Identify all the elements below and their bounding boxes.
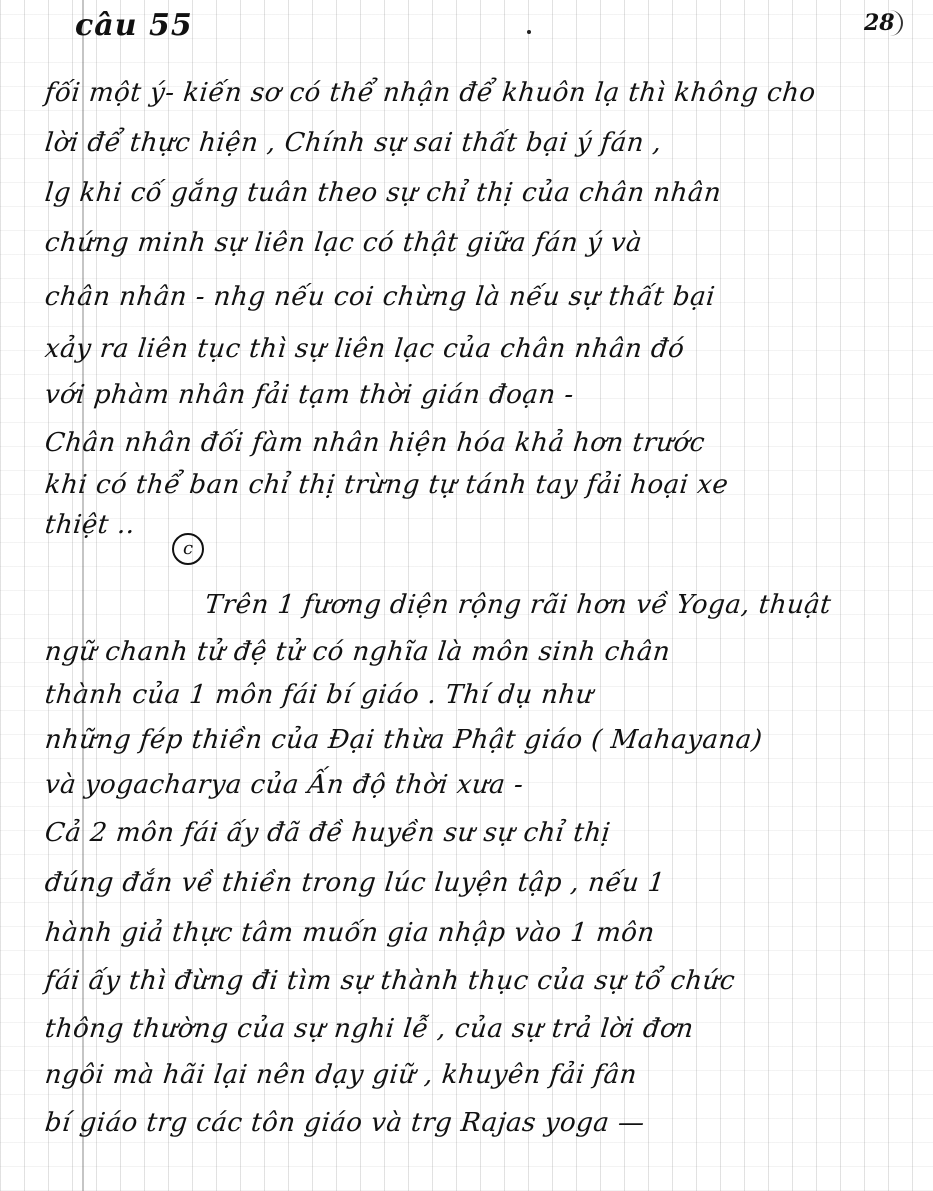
text-line: lg khi cố gắng tuân theo sự chỉ thị của … [43, 178, 926, 208]
text-line: Trên 1 fương diện rộng rãi hơn về Yoga, … [203, 590, 933, 620]
text-line: đúng đắn về thiền trong lúc luyện tập , … [43, 868, 926, 898]
text-line: hành giả thực tâm muốn gia nhập vào 1 mô… [43, 918, 926, 948]
text-line: ngữ chanh tử đệ tử có nghĩa là môn sinh … [43, 637, 926, 667]
ink-dot [527, 30, 531, 34]
text-line: thành của 1 môn fái bí giáo . Thí dụ như [43, 680, 926, 710]
text-line: những fép thiền của Đại thừa Phật giáo (… [43, 725, 926, 755]
text-line: khi có thể ban chỉ thị trừng tự tánh tay… [43, 470, 926, 500]
text-line: với phàm nhân fải tạm thời gián đoạn - [43, 380, 926, 410]
page-number: 28 [862, 10, 903, 36]
text-line: Chân nhân đối fàm nhân hiện hóa khả hơn … [43, 428, 926, 458]
text-line: fái ấy thì đừng đi tìm sự thành thục của… [43, 966, 926, 996]
section-marker-circle: c [172, 533, 204, 565]
text-line: lời để thực hiện , Chính sự sai thất bại… [43, 128, 926, 158]
text-line: ngôi mà hãi lại nên dạy giữ , khuyên fải… [43, 1060, 926, 1090]
text-line: Cả 2 môn fái ấy đã đề huyền sư sự chỉ th… [43, 818, 926, 848]
text-line: thông thường của sự nghi lễ , của sự trả… [43, 1014, 926, 1044]
question-header: câu 55 [75, 8, 193, 43]
text-line: xảy ra liên tục thì sự liên lạc của chân… [43, 334, 926, 364]
text-line: chứng minh sự liên lạc có thật giữa fán … [43, 228, 926, 258]
text-line: và yogacharya của Ấn độ thời xưa - [43, 770, 926, 800]
text-line: bí giáo trg các tôn giáo và trg Rajas yo… [43, 1108, 926, 1138]
text-line: fối một ý- kiến sơ có thể nhận để khuôn … [43, 78, 926, 108]
text-line: thiệt .. [43, 510, 926, 540]
text-line: chân nhân - nhg nếu coi chừng là nếu sự … [43, 282, 926, 312]
